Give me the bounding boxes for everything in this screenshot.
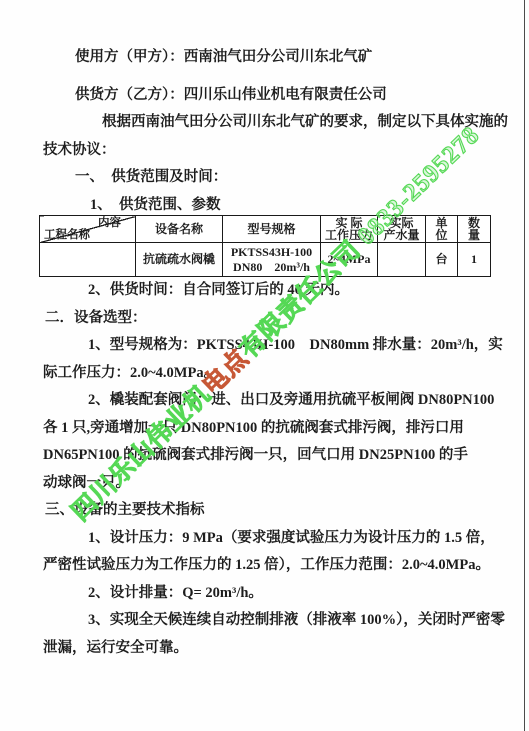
header-unit: 单 位	[426, 216, 458, 243]
document-page: 四川乐山伟业机电点有限责任公司 0833-2595278 使用方（甲方）：西南油…	[0, 0, 529, 731]
line-section1-title: 一、 供货范围及时间：	[43, 164, 475, 192]
cell-working-pressure: 2~4MPa	[321, 243, 378, 277]
header-water-output: 实际 产水量	[378, 216, 426, 243]
line-intro-2: 技术协议：	[43, 137, 475, 165]
header-quantity-line2: 量	[458, 229, 490, 242]
cell-project-name	[40, 243, 136, 277]
header-model-spec: 型号规格	[223, 216, 321, 243]
header-unit-line2: 位	[426, 229, 457, 242]
line-design-pressure-2: 严密性试验压力为工作压力的 1.25 倍），工作压力范围：2.0~4.0MPa。	[43, 552, 475, 580]
cell-model-spec: PKTSS43H-100 DN80 20m³/h	[223, 243, 321, 277]
header-water-output-line2: 产水量	[378, 229, 425, 242]
line-model-spec-1: 1、型号规格为：PKTSS43H-100 DN80mm 排水量：20m³/h，实	[43, 332, 475, 360]
header-working-pressure-line2: 工作压力	[321, 229, 377, 242]
table-data-row: 抗硫疏水阀橇 PKTSS43H-100 DN80 20m³/h 2~4MPa 台…	[40, 243, 491, 277]
corner-label-content: 内容	[98, 217, 121, 230]
line-valves-1: 2、橇装配套阀门：进、出口及旁通用抗硫平板闸阀 DN80PN100	[43, 387, 475, 415]
line-auto-drain-2: 泄漏，运行安全可靠。	[43, 635, 475, 663]
line-supplier-party: 供货方（乙方）：四川乐山伟业机电有限责任公司	[43, 82, 475, 110]
line-auto-drain-1: 3、实现全天候连续自动控制排液（排液率 100%），关闭时严密零	[43, 607, 475, 635]
line-valves-4: 动球阀一只。	[43, 470, 475, 498]
line-delivery-time: 2、供货时间：自合同签订后的 40 天内。	[43, 277, 475, 305]
corner-label-project: 工程名称	[44, 229, 90, 242]
line-design-flow: 2、设计排量：Q= 20m³/h。	[43, 580, 475, 608]
cell-model-line1: PKTSS43H-100	[223, 245, 320, 260]
page-right-edge-line	[524, 0, 525, 731]
header-device-name: 设备名称	[136, 216, 223, 243]
spec-table: 内容 工程名称 设备名称 型号规格 实 际 工作压力 实际 产水量 单	[39, 215, 491, 277]
line-valves-3: DN65PN100 的抗硫阀套式排污阀一只，回气口用 DN25PN100 的手	[43, 442, 475, 470]
header-working-pressure: 实 际 工作压力	[321, 216, 378, 243]
cell-water-output	[378, 243, 426, 277]
cell-quantity: 1	[458, 243, 491, 277]
line-valves-2: 各 1 只,旁通增加一只 DN80PN100 的抗硫阀套式排污阀，排污口用	[43, 415, 475, 443]
document-body: 使用方（甲方）：西南油气田分公司川东北气矿 供货方（乙方）：四川乐山伟业机电有限…	[43, 44, 475, 662]
header-quantity: 数 量	[458, 216, 491, 243]
line-design-pressure-1: 1、设计压力：9 MPa（要求强度试验压力为设计压力的 1.5 倍，	[43, 525, 475, 553]
cell-device-name: 抗硫疏水阀橇	[136, 243, 223, 277]
line-intro-1: 根据西南油气田分公司川东北气矿的要求，制定以下具体实施的	[43, 109, 475, 137]
line-user-party: 使用方（甲方）：西南油气田分公司川东北气矿	[43, 44, 475, 72]
cell-model-line2: DN80 20m³/h	[223, 260, 320, 275]
cell-unit: 台	[426, 243, 458, 277]
line-section3-title: 三、设备的主要技术指标	[43, 497, 475, 525]
line-section2-title: 二．设备选型：	[43, 305, 475, 333]
corner-header-cell: 内容 工程名称	[40, 216, 136, 243]
line-model-spec-2: 际工作压力：2.0~4.0MPa。	[43, 360, 475, 388]
table-header-row: 内容 工程名称 设备名称 型号规格 实 际 工作压力 实际 产水量 单	[40, 216, 491, 243]
